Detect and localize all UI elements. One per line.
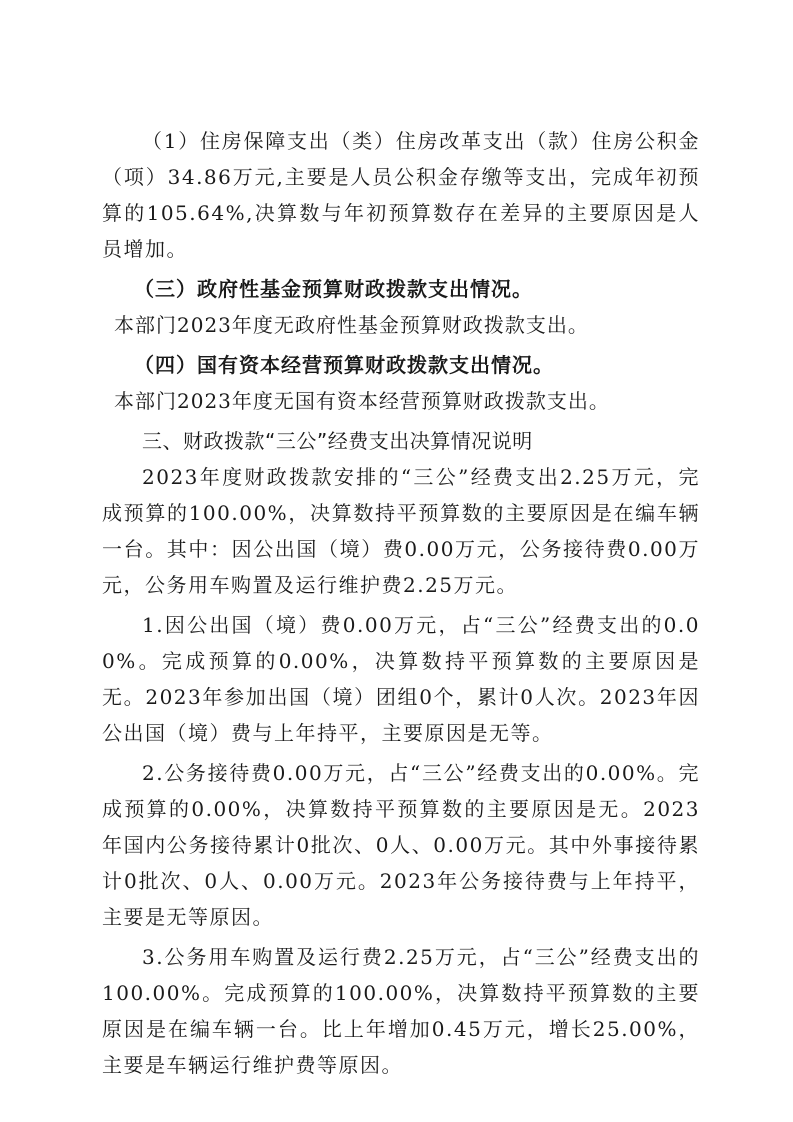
heading-government-fund-budget: （三）政府性基金预算财政拨款支出情况。: [102, 271, 700, 307]
paragraph-housing-provident-fund: （1）住房保障支出（类）住房改革支出（款）住房公积金（项）34.86万元,主要是…: [102, 123, 700, 267]
paragraph-three-public-summary: 2023年度财政拨款安排的“三公”经费支出2.25万元，完成预算的100.00%…: [102, 459, 700, 603]
paragraph-government-fund-budget: 本部门2023年度无政府性基金预算财政拨款支出。: [102, 307, 700, 343]
section-title-three-public-expenses: 三、财政拨款“三公”经费支出决算情况说明: [102, 423, 700, 459]
paragraph-state-capital-budget: 本部门2023年度无国有资本经营预算财政拨款支出。: [102, 383, 700, 419]
document-page: （1）住房保障支出（类）住房改革支出（款）住房公积金（项）34.86万元,主要是…: [102, 123, 700, 1083]
heading-state-capital-budget: （四）国有资本经营预算财政拨款支出情况。: [102, 347, 700, 383]
paragraph-official-reception: 2.公务接待费0.00万元，占“三公”经费支出的0.00%。完成预算的0.00%…: [102, 755, 700, 935]
paragraph-official-vehicles: 3.公务用车购置及运行费2.25万元，占“三公”经费支出的100.00%。完成预…: [102, 939, 700, 1083]
paragraph-overseas-travel: 1.因公出国（境）费0.00万元，占“三公”经费支出的0.00%。完成预算的0.…: [102, 607, 700, 751]
